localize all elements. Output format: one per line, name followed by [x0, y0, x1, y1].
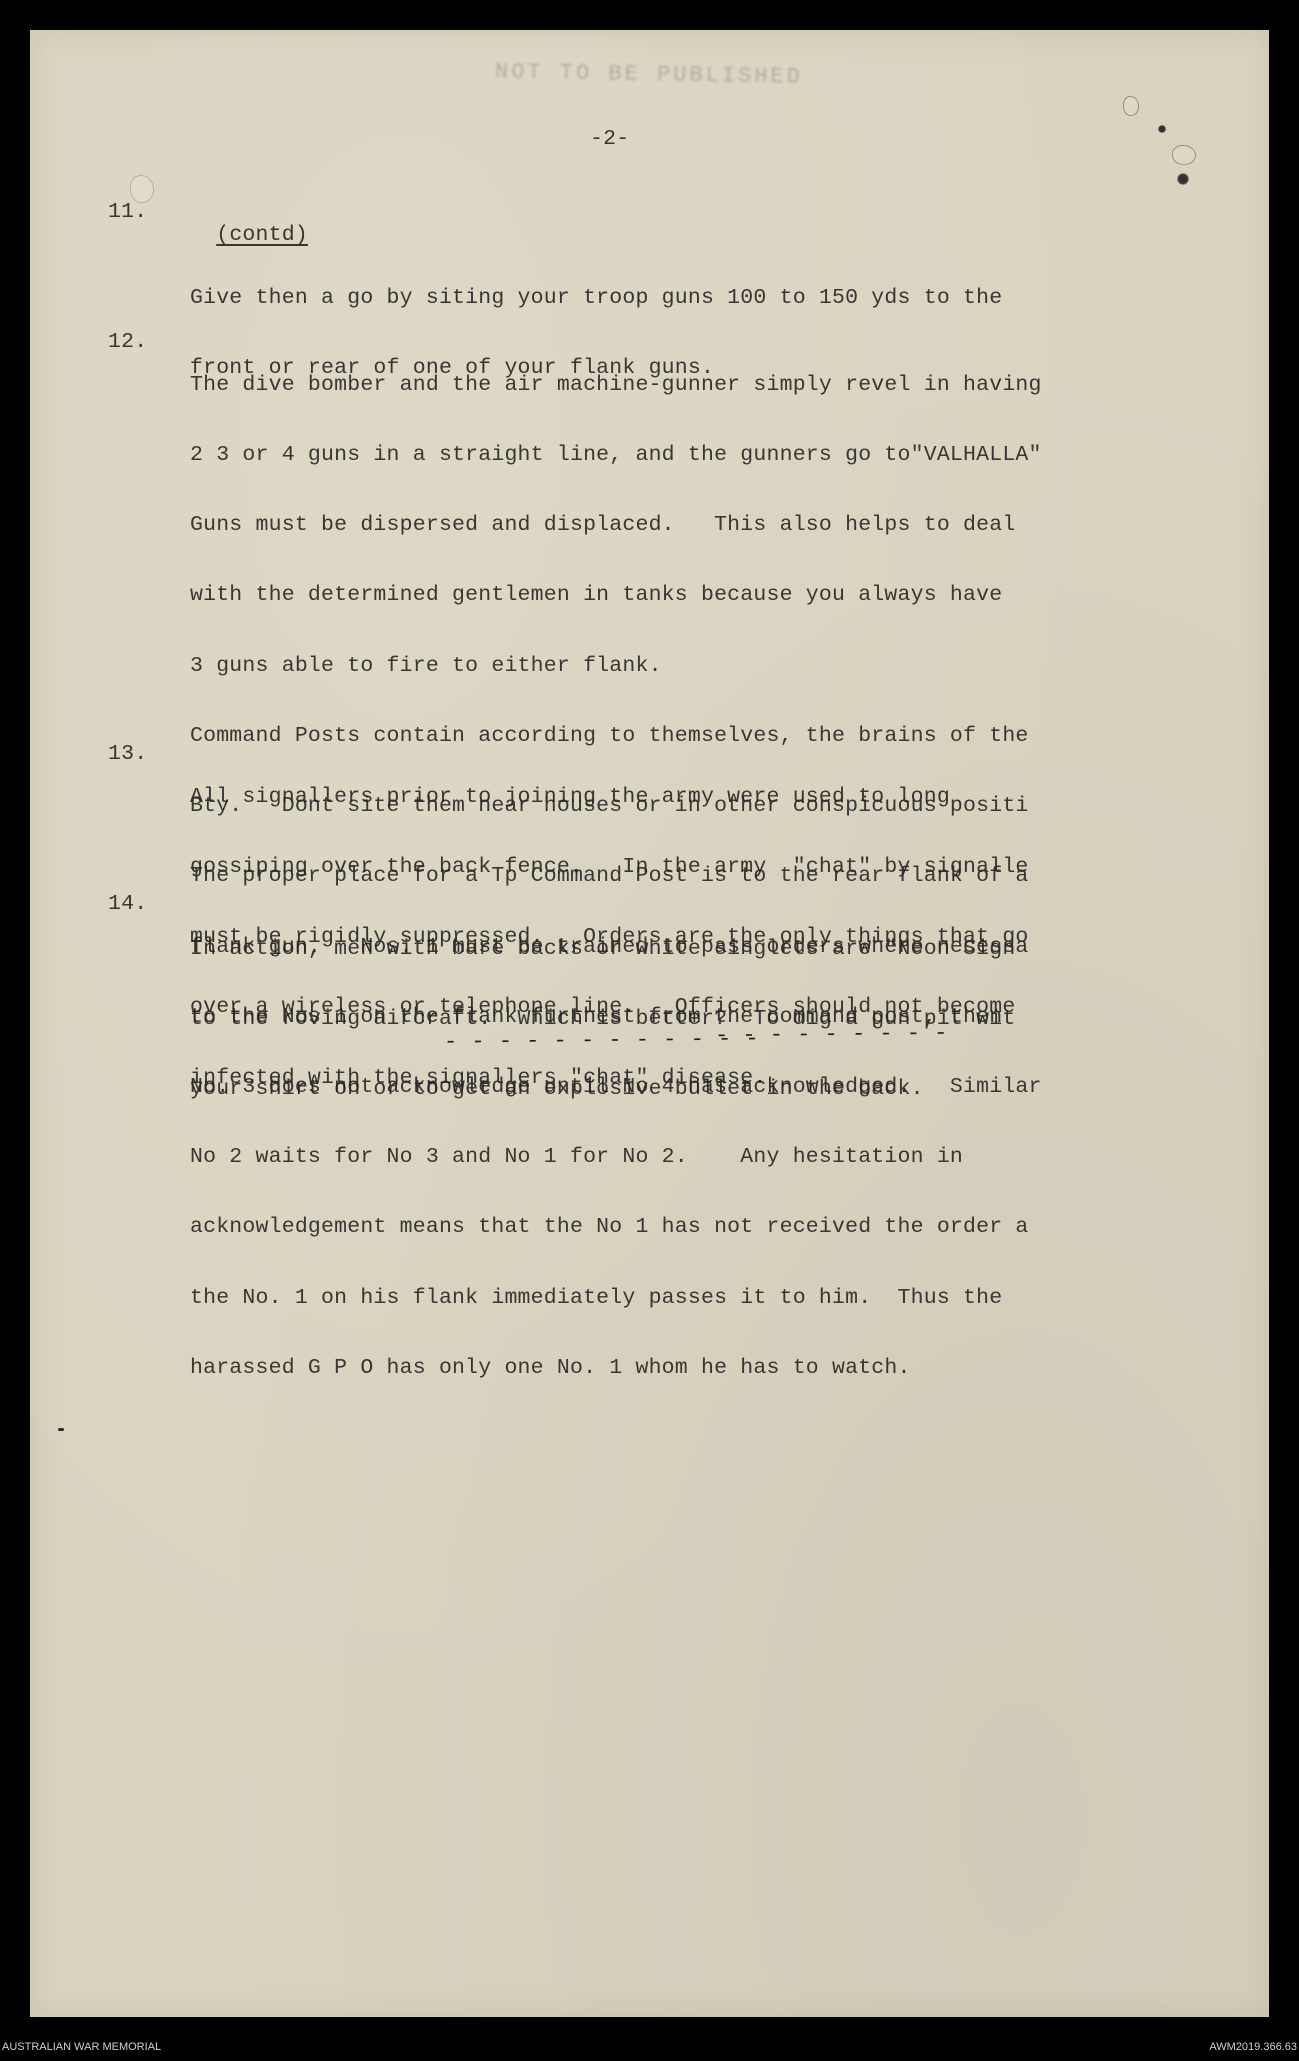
paragraph-number: 11.	[108, 201, 178, 224]
text-line: 2 3 or 4 guns in a straight line, and th…	[190, 444, 1042, 467]
text-line: gossiping over the back fence. In the ar…	[190, 856, 1029, 879]
text-line: 3 guns able to fire to either flank.	[190, 655, 1042, 678]
text-line: harassed G P O has only one No. 1 whom h…	[190, 1357, 1042, 1380]
text-line: acknowledgement means that the No 1 has …	[190, 1216, 1042, 1239]
text-line: In action, men with bare backs or white …	[190, 938, 1015, 961]
text-line: with the determined gentlemen in tanks b…	[190, 584, 1042, 607]
text-line: All signallers prior to joining the army…	[190, 786, 1029, 809]
ink-dot-mark	[58, 1428, 64, 1431]
page-number: -2-	[590, 128, 629, 151]
pin-hole-mark	[1158, 125, 1166, 133]
paper-crease-mark	[130, 175, 154, 203]
paragraph-12: 12. The dive bomber and the air machine-…	[108, 331, 134, 401]
reference-number: AWM2019.366.63	[1209, 2041, 1297, 2053]
paragraph-number: 12.	[108, 331, 178, 354]
paragraph-11-body: Give then a go by siting your troop guns…	[108, 240, 134, 287]
pin-hole-mark	[1177, 173, 1189, 185]
paragraph-number: 14.	[108, 893, 178, 916]
text-line: No 2 waits for No 3 and No 1 for No 2. A…	[190, 1146, 1042, 1169]
paragraph-number: 13.	[108, 743, 178, 766]
pin-hole-mark	[1123, 96, 1139, 116]
ghost-header-stamp: NOT TO BE PUBLISHED	[495, 59, 803, 89]
separator-dashes-right: - - - - - - - - -	[715, 1021, 948, 1048]
text-line: the No. 1 on his flank immediately passe…	[190, 1287, 1042, 1310]
text-line: your shirt on or to get an explosive bul…	[190, 1078, 1015, 1101]
text-line: Guns must be dispersed and displaced. Th…	[190, 514, 1042, 537]
text-line: The dive bomber and the air machine-gunn…	[190, 374, 1042, 397]
paragraph-14: 14. In action, men with bare backs or wh…	[108, 893, 134, 963]
pin-hole-mark	[1172, 145, 1196, 165]
separator-dashes-left: - - - - - - - - - - - -	[444, 1026, 759, 1054]
institution-label: AUSTRALIAN WAR MEMORIAL	[2, 2041, 161, 2053]
paragraph-13: 13. All signallers prior to joining the …	[108, 743, 134, 813]
text-line: Give then a go by siting your troop guns…	[190, 287, 1002, 310]
